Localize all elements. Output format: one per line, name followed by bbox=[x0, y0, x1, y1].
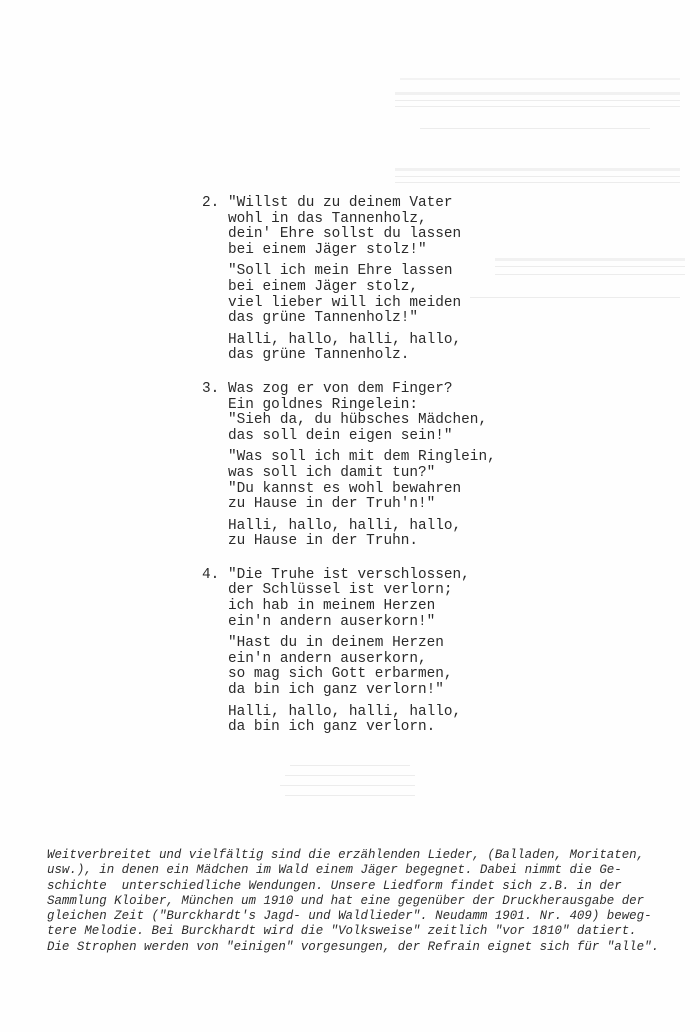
stanza-number: 2. bbox=[202, 196, 228, 212]
lyric-line: ein'n andern auserkorn!" bbox=[228, 615, 522, 631]
refrain-block: Halli, hallo, halli, hallo, zu Hause in … bbox=[228, 519, 522, 550]
lyric-line: ich hab in meinem Herzen bbox=[228, 599, 522, 615]
lyric-line: bei einem Jäger stolz!" bbox=[228, 243, 522, 259]
lyric-line: Was zog er von dem Finger? bbox=[228, 382, 522, 398]
verse-block: "Hast du in deinem Herzen ein'n andern a… bbox=[228, 636, 522, 698]
commentary-line: Sammlung Kloiber, München um 1910 und ha… bbox=[47, 894, 687, 909]
refrain-line: Halli, hallo, halli, hallo, bbox=[228, 705, 522, 721]
lyric-line: Ein goldnes Ringelein: bbox=[228, 398, 522, 414]
verse-block: "Willst du zu deinem Vater wohl in das T… bbox=[228, 196, 522, 258]
song-lyrics: 2. "Willst du zu deinem Vater wohl in da… bbox=[202, 196, 522, 754]
commentary-line: gleichen Zeit ("Burckhardt's Jagd- und W… bbox=[47, 909, 687, 924]
lyric-line: so mag sich Gott erbarmen, bbox=[228, 667, 522, 683]
document-page: 2. "Willst du zu deinem Vater wohl in da… bbox=[0, 0, 700, 1032]
lyric-line: wohl in das Tannenholz, bbox=[228, 212, 522, 228]
commentary-line: Die Strophen werden von "einigen" vorges… bbox=[47, 940, 687, 955]
lyric-line: bei einem Jäger stolz, bbox=[228, 280, 522, 296]
commentary-line: usw.), in denen ein Mädchen im Wald eine… bbox=[47, 863, 687, 878]
lyric-line: viel lieber will ich meiden bbox=[228, 296, 522, 312]
commentary-paragraph: Weitverbreitet und vielfältig sind die e… bbox=[47, 848, 687, 955]
verse-block: "Die Truhe ist verschlossen, der Schlüss… bbox=[228, 568, 522, 630]
stanza-number: 4. bbox=[202, 568, 228, 584]
lyric-line: ein'n andern auserkorn, bbox=[228, 652, 522, 668]
refrain-line: zu Hause in der Truhn. bbox=[228, 534, 522, 550]
refrain-block: Halli, hallo, halli, hallo, das grüne Ta… bbox=[228, 333, 522, 364]
refrain-line: Halli, hallo, halli, hallo, bbox=[228, 519, 522, 535]
stanza: 3. Was zog er von dem Finger? Ein goldne… bbox=[202, 382, 522, 550]
refrain-line: das grüne Tannenholz. bbox=[228, 348, 522, 364]
lyric-line: "Willst du zu deinem Vater bbox=[228, 196, 522, 212]
lyric-line: zu Hause in der Truh'n!" bbox=[228, 497, 522, 513]
commentary-line: schichte unterschiedliche Wendungen. Uns… bbox=[47, 879, 687, 894]
lyric-line: "Was soll ich mit dem Ringlein, bbox=[228, 450, 522, 466]
lyric-line: dein' Ehre sollst du lassen bbox=[228, 227, 522, 243]
lyric-line: was soll ich damit tun?" bbox=[228, 466, 522, 482]
lyric-line: das soll dein eigen sein!" bbox=[228, 429, 522, 445]
lyric-line: das grüne Tannenholz!" bbox=[228, 311, 522, 327]
verse-block: Was zog er von dem Finger? Ein goldnes R… bbox=[228, 382, 522, 444]
stanza-number: 3. bbox=[202, 382, 228, 398]
refrain-line: Halli, hallo, halli, hallo, bbox=[228, 333, 522, 349]
lyric-line: "Sieh da, du hübsches Mädchen, bbox=[228, 413, 522, 429]
lyric-line: "Soll ich mein Ehre lassen bbox=[228, 264, 522, 280]
lyric-line: "Die Truhe ist verschlossen, bbox=[228, 568, 522, 584]
verse-block: "Was soll ich mit dem Ringlein, was soll… bbox=[228, 450, 522, 512]
lyric-line: der Schlüssel ist verlorn; bbox=[228, 583, 522, 599]
stanza: 4. "Die Truhe ist verschlossen, der Schl… bbox=[202, 568, 522, 736]
lyric-line: "Du kannst es wohl bewahren bbox=[228, 482, 522, 498]
commentary-line: tere Melodie. Bei Burckhardt wird die "V… bbox=[47, 924, 687, 939]
refrain-line: da bin ich ganz verlorn. bbox=[228, 720, 522, 736]
refrain-block: Halli, hallo, halli, hallo, da bin ich g… bbox=[228, 705, 522, 736]
stanza: 2. "Willst du zu deinem Vater wohl in da… bbox=[202, 196, 522, 364]
lyric-line: da bin ich ganz verlorn!" bbox=[228, 683, 522, 699]
verse-block: "Soll ich mein Ehre lassen bei einem Jäg… bbox=[228, 264, 522, 326]
lyric-line: "Hast du in deinem Herzen bbox=[228, 636, 522, 652]
commentary-line: Weitverbreitet und vielfältig sind die e… bbox=[47, 848, 687, 863]
